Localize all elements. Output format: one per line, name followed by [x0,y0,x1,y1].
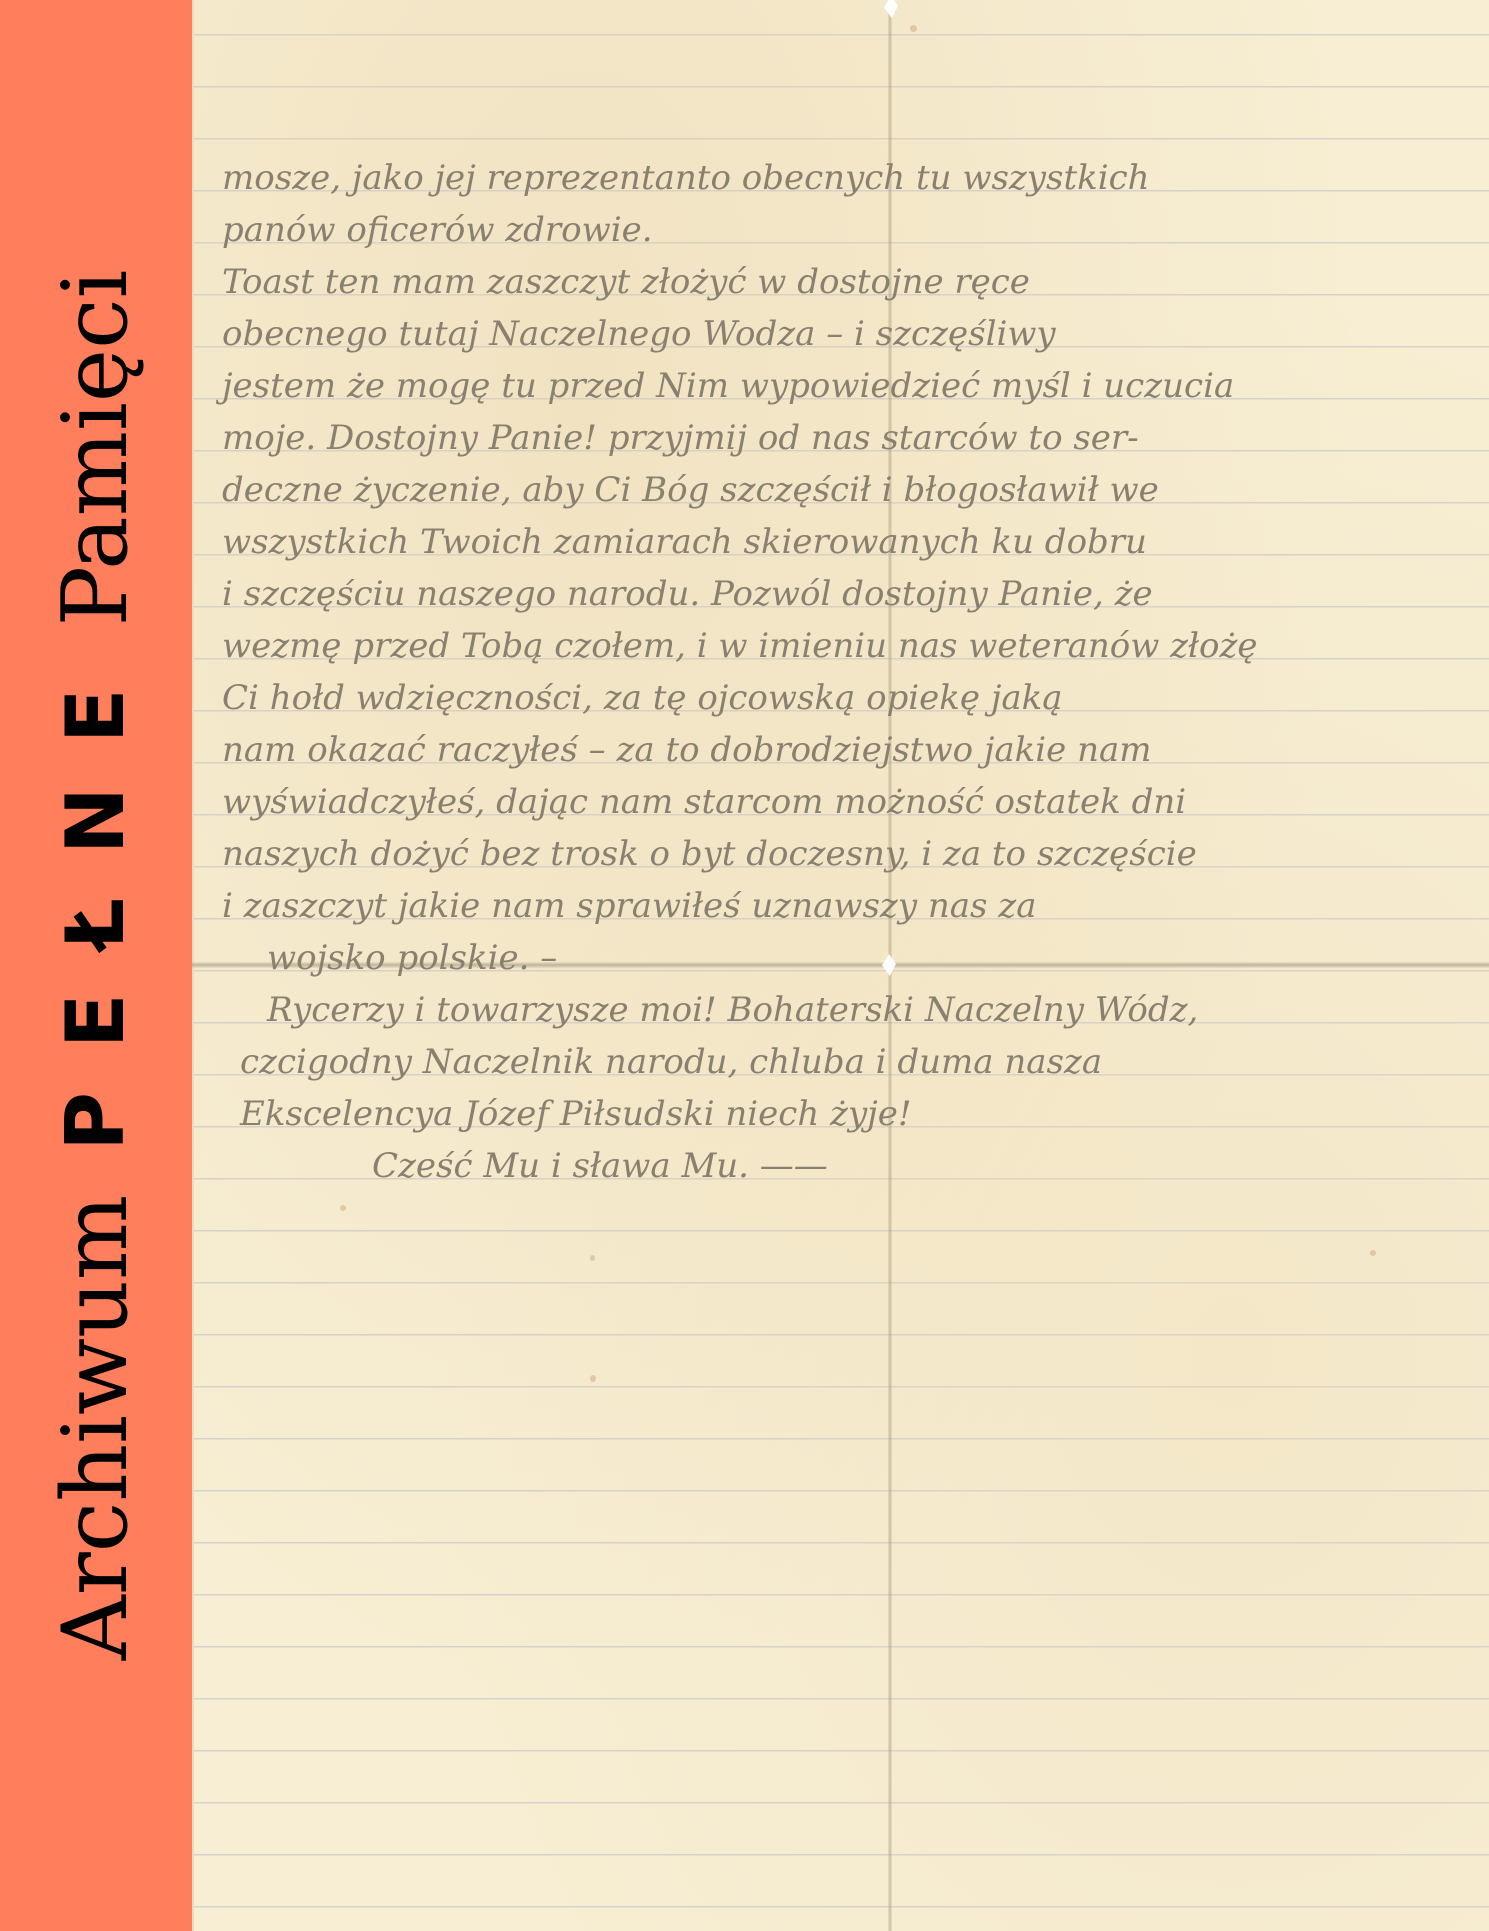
paper-stain [590,1375,596,1382]
closing-line: Cześć Mu i sława Mu. —— [222,1140,1472,1192]
letter-line: wezmę przed Tobą czołem, i w imieniu nas… [222,620,1472,672]
letter-line: mosze, jako jej reprezentanto obecnych t… [222,152,1472,204]
letter-line: nam okazać raczyłeś – za to dobrodziejst… [222,724,1472,776]
letter-line: wyświadczyłeś, dając nam starcom możność… [222,776,1472,828]
archive-title-prefix: Archiwum [51,1195,141,1661]
archive-title: Archiwum PEŁNE Pamięci [51,270,141,1661]
letter-line: naszych dożyć bez trosk o byt doczesny, … [222,828,1472,880]
letter-line: i zaszczyt jakie nam sprawiłeś uznawszy … [222,880,1472,932]
handwritten-letter-body: mosze, jako jej reprezentanto obecnych t… [222,152,1472,1192]
letter-line: Ci hołd wdzięczności, za tę ojcowską opi… [222,672,1472,724]
closing-line: Rycerzy i towarzysze moi! Bohaterski Nac… [222,984,1472,1036]
letter-line: jestem że mogę tu przed Nim wypowiedzieć… [222,360,1472,412]
paper-stain [1370,1250,1376,1256]
letter-line: Toast ten mam zaszczyt złożyć w dostojne… [222,256,1472,308]
letter-line: wojsko polskie. – [222,932,1472,984]
paper-stain [910,25,917,32]
paper-stain [340,1205,346,1211]
letter-line: panów oficerów zdrowie. [222,204,1472,256]
archive-sidebar-band: Archiwum PEŁNE Pamięci [0,0,192,1931]
letter-line: obecnego tutaj Naczelnego Wodza – i szcz… [222,308,1472,360]
archive-title-bold: PEŁNE [56,644,136,1150]
letter-line: wszystkich Twoich zamiarach skierowanych… [222,516,1472,568]
letter-line: i szczęściu naszego narodu. Pozwól dosto… [222,568,1472,620]
letter-line: deczne życzenie, aby Ci Bóg szczęścił i … [222,464,1472,516]
letter-line: moje. Dostojny Panie! przyjmij od nas st… [222,412,1472,464]
closing-line: Ekscelencya Józef Piłsudski niech żyje! [222,1088,1472,1140]
closing-line: czcigodny Naczelnik narodu, chluba i dum… [222,1036,1472,1088]
archive-title-suffix: Pamięci [51,270,141,627]
paper-stain [590,1255,595,1261]
